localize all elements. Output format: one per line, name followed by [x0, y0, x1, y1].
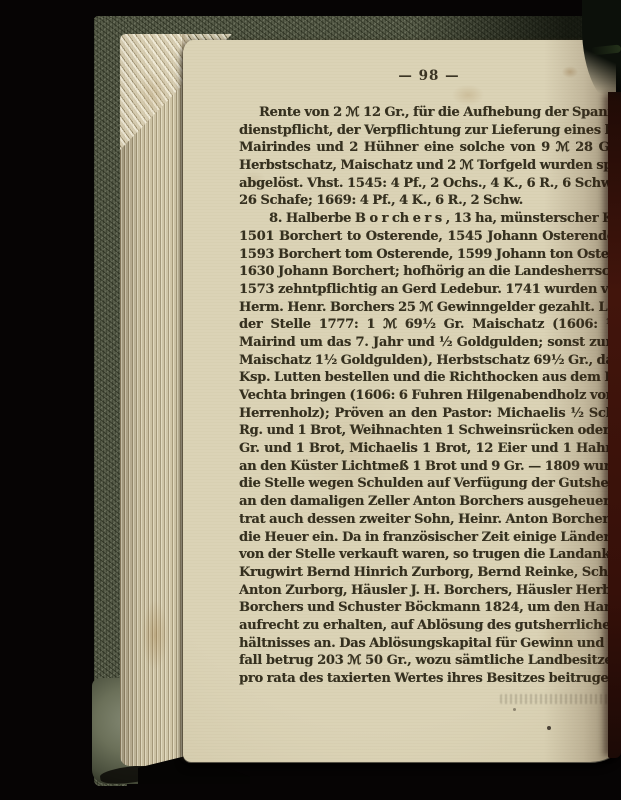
ink-speck — [513, 708, 516, 711]
text-line: trat auch dessen zweiter Sohn, Heinr. An… — [239, 511, 616, 529]
text-line: 1573 zehntpflichtig an Gerd Ledebur. 174… — [239, 281, 616, 299]
spine-dark-strip — [608, 92, 621, 758]
text-line: 8. Halberbe B o r ch e r s , 13 ha, müns… — [239, 210, 616, 228]
text-line: von der Stelle verkauft waren, so trugen… — [239, 546, 616, 564]
text-line: Gr. und 1 Brot, Michaelis 1 Brot, 12 Eie… — [239, 440, 616, 458]
book-photo-scene: — 98 — Rente von 2 ℳ 12 Gr., für die Auf… — [0, 0, 621, 800]
book-page: — 98 — Rente von 2 ℳ 12 Gr., für die Auf… — [183, 40, 616, 762]
page-stack-stain — [142, 600, 168, 670]
text-line: die Stelle wegen Schulden auf Verfügung … — [239, 475, 616, 493]
text-line: 1593 Borchert tom Osterende, 1599 Johann… — [239, 246, 616, 264]
text-line: fall betrug 203 ℳ 50 Gr., wozu sämtliche… — [239, 652, 616, 670]
text-line: Rg. und 1 Brot, Weihnachten 1 Schweinsrü… — [239, 422, 616, 440]
text-line: 1501 Borchert to Osterende, 1545 Johann … — [239, 228, 616, 246]
text-line: Herbstschatz, Maischatz und 2 ℳ Torfgeld… — [239, 157, 616, 175]
text-line: pro rata des taxierten Wertes ihres Besi… — [239, 670, 616, 688]
text-line: 26 Schafe; 1669: 4 Pf., 4 K., 6 R., 2 Sc… — [239, 192, 616, 210]
text-line: Anton Zurborg, Häusler J. H. Borchers, H… — [239, 582, 616, 600]
text-line: an den damaligen Zeller Anton Borchers a… — [239, 493, 616, 511]
text-line: aufrecht zu erhalten, auf Ablösung des g… — [239, 617, 616, 635]
text-line: 1630 Johann Borchert; hofhörig an die La… — [239, 263, 616, 281]
text-line: Mairind um das 7. Jahr und ½ Goldgulden;… — [239, 334, 616, 352]
text-line: hältnisses an. Das Ablösungskapital für … — [239, 635, 616, 653]
text-line: Maischatz 1½ Goldgulden), Herbstschatz 6… — [239, 352, 616, 370]
text-line: der Stelle 1777: 1 ℳ 69½ Gr. Maischatz (… — [239, 316, 616, 334]
page-stack-stain — [138, 70, 168, 116]
text-line: Rente von 2 ℳ 12 Gr., für die Aufhebung … — [239, 104, 616, 122]
text-line: abgelöst. Vhst. 1545: 4 Pf., 2 Ochs., 4 … — [239, 175, 616, 193]
page-number-heading: — 98 — — [239, 68, 616, 86]
text-line: Herm. Henr. Borchers 25 ℳ Gewinngelder g… — [239, 299, 616, 317]
text-line: an den Küster Lichtmeß 1 Brot und 9 Gr. … — [239, 458, 616, 476]
bleed-through-text — [500, 694, 614, 704]
text-line: Vechta bringen (1606: 6 Fuhren Hilgenabe… — [239, 387, 616, 405]
text-line: die Heuer ein. Da in französischer Zeit … — [239, 529, 616, 547]
text-line: Borchers und Schuster Böckmann 1824, um … — [239, 599, 616, 617]
text-line: Mairindes und 2 Hühner eine solche von 9… — [239, 139, 616, 157]
ink-speck — [547, 726, 551, 730]
text-line: Krugwirt Bernd Hinrich Zurborg, Bernd Re… — [239, 564, 616, 582]
text-line: Herrenholz); Pröven an den Pastor: Micha… — [239, 405, 616, 423]
text-line: Ksp. Lutten bestellen und die Richthocke… — [239, 369, 616, 387]
text-line: dienstpflicht, der Verpflichtung zur Lie… — [239, 122, 616, 140]
text-block: Rente von 2 ℳ 12 Gr., für die Aufhebung … — [239, 104, 616, 688]
